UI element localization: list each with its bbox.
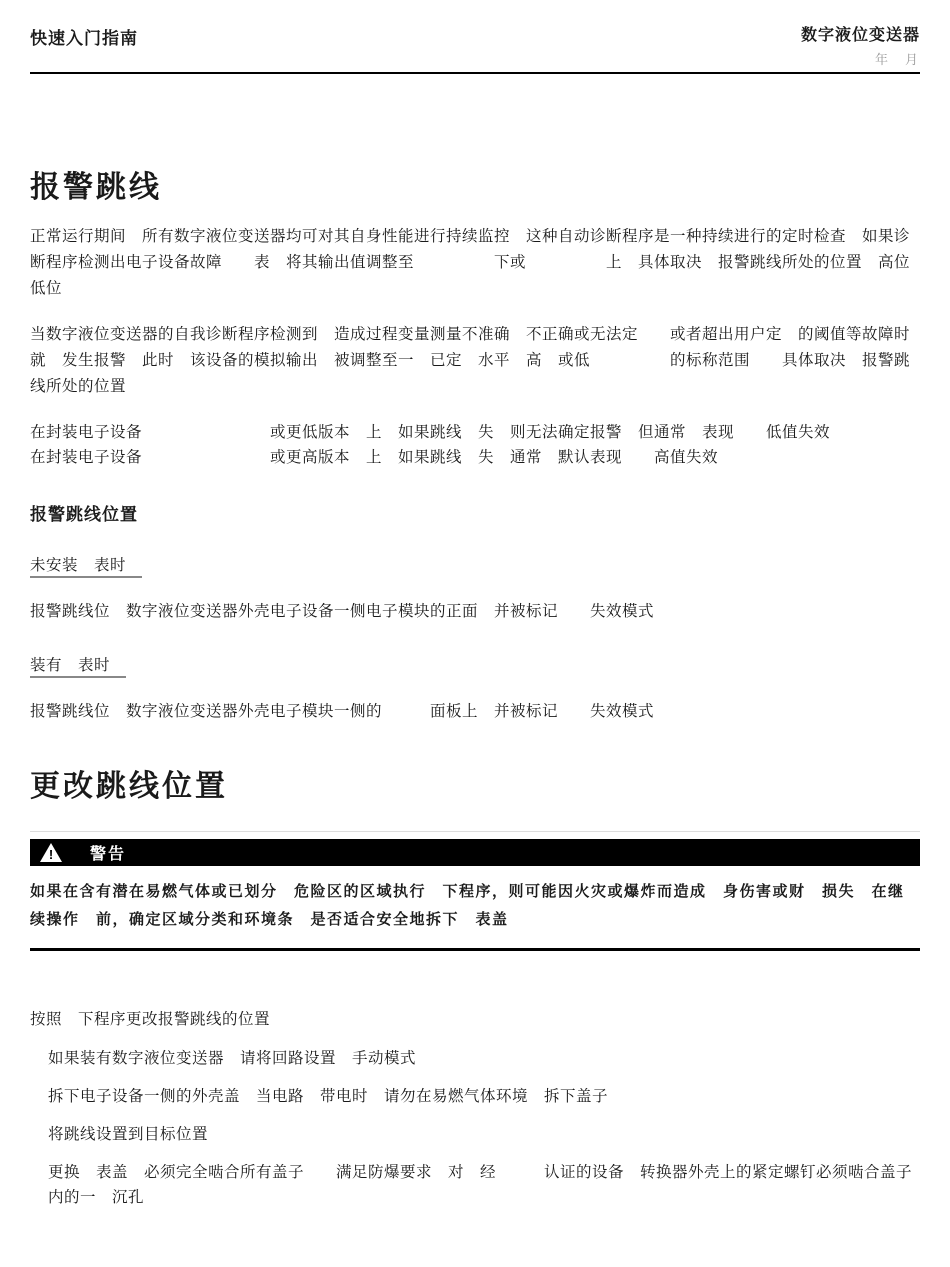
case-body-with-meter: 报警跳线位 数字液位变送器外壳电子模块一侧的 面板上 并被标记 失效模式 [30,699,920,725]
section-title-alarm-jumper: 报警跳线 [30,170,920,206]
header-guide-title: 快速入门指南 [30,22,138,49]
version-behavior-lines: 在封装电子设备 或更低版本 上 如果跳线 失 则无法确定报警 但通常 表现 低值… [30,420,920,470]
line-low-fail: 在封装电子设备 或更低版本 上 如果跳线 失 则无法确定报警 但通常 表现 低值… [30,420,920,445]
warning-triangle-icon: ! [40,843,62,862]
section-title-change-jumper: 更改跳线位置 [30,769,920,805]
procedure-intro: 按照 下程序更改报警跳线的位置 [30,1007,920,1033]
document-body: 报警跳线 正常运行期间 所有数字液位变送器均可对其自身性能进行持续监控 这种自动… [30,170,920,1210]
warning-body-text: 如果在含有潜在易燃气体或已划分 危险区的区域执行 下程序，则可能因火灾或爆炸而造… [30,878,920,934]
warning-header-bar: ! 警告 [30,839,920,866]
page-header: 快速入门指南 数字液位变送器 年 月 [30,0,920,74]
underlined-heading-text: 装有 表时 [30,657,126,678]
line-high-fail: 在封装电子设备 或更高版本 上 如果跳线 失 通常 默认表现 高值失效 [30,445,920,470]
paragraph-normal-operation: 正常运行期间 所有数字液位变送器均可对其自身性能进行持续监控 这种自动诊断程序是… [30,224,920,302]
case-heading-no-meter: 未安装 表时 [30,553,920,575]
subsection-title-jumper-location: 报警跳线位置 [30,500,920,525]
header-date: 年 月 [801,49,920,68]
procedure-steps: 如果装有数字液位变送器 请将回路设置 手动模式 拆下电子设备一侧的外壳盖 当电路… [30,1046,920,1210]
header-right-block: 数字液位变送器 年 月 [801,22,920,68]
case-body-no-meter: 报警跳线位 数字液位变送器外壳电子设备一侧电子模块的正面 并被标记 失效模式 [30,599,920,625]
warning-exclamation: ! [49,847,53,862]
procedure-step: 如果装有数字液位变送器 请将回路设置 手动模式 [30,1046,920,1071]
procedure-step: 将跳线设置到目标位置 [30,1122,920,1147]
warning-label: 警告 [90,841,126,864]
procedure-step: 拆下电子设备一侧的外壳盖 当电路 带电时 请勿在易燃气体环境 拆下盖子 [30,1084,920,1109]
paragraph-self-diagnosis: 当数字液位变送器的自我诊断程序检测到 造成过程变量测量不准确 不正确或无法定 或… [30,322,920,400]
underlined-heading-text: 未安装 表时 [30,557,142,578]
header-product-title: 数字液位变送器 [801,22,920,45]
procedure-step: 更换 表盖 必须完全啮合所有盖子 满足防爆要求 对 经 认证的设备 转换器外壳上… [30,1160,920,1210]
warning-box: ! 警告 如果在含有潜在易燃气体或已划分 危险区的区域执行 下程序，则可能因火灾… [30,831,920,951]
document-page: 快速入门指南 数字液位变送器 年 月 报警跳线 正常运行期间 所有数字液位变送器… [0,0,950,1267]
case-heading-with-meter: 装有 表时 [30,653,920,675]
